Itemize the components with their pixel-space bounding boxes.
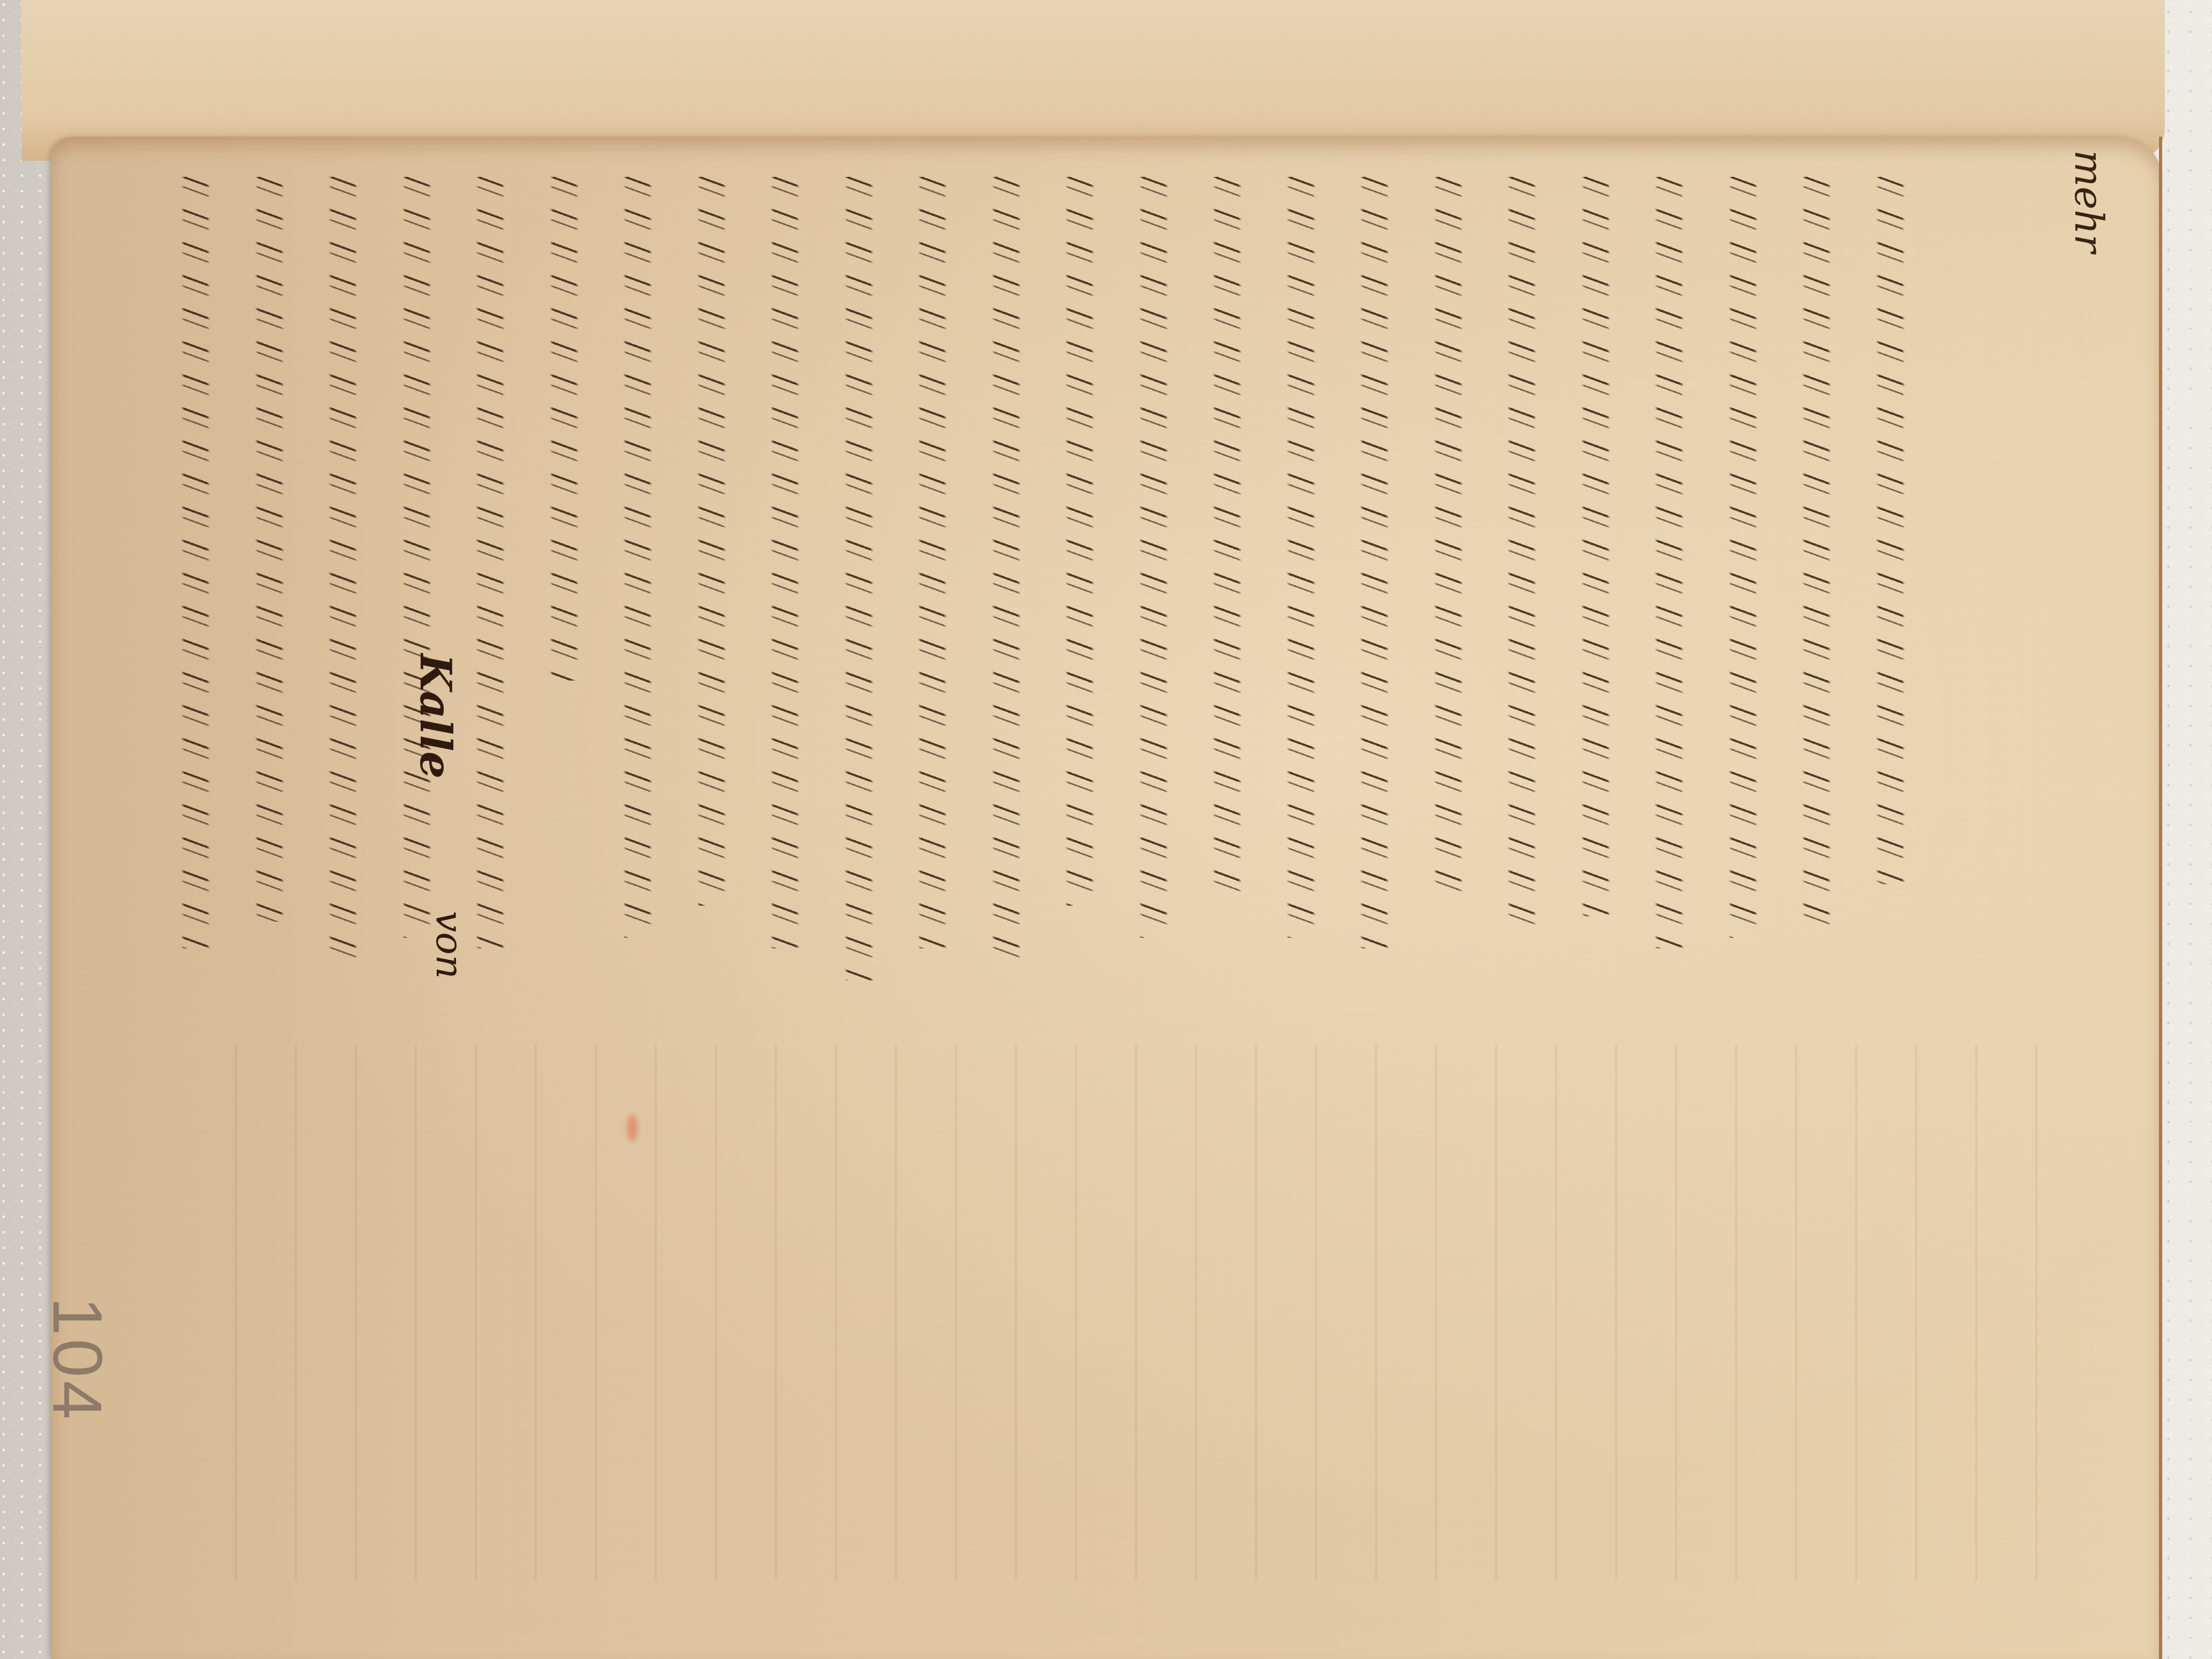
line-text: [illegible Kurrent handwriting] [1208, 177, 1240, 612]
line-text: [illegible Kurrent handwriting] [251, 177, 283, 612]
handwritten-line: [illegible Kurrent handwriting] [1061, 145, 1098, 906]
handwritten-line: [illegible Kurrent handwriting] [1430, 145, 1467, 895]
handwritten-line: [illegible Kurrent handwriting] [177, 145, 214, 948]
line-text: [illegible Kurrent handwriting] [1430, 177, 1462, 612]
handwritten-line: [illegible Kurrent handwriting] [1650, 145, 1688, 948]
line-text: [illegible Kurrent handwriting] [324, 177, 356, 612]
handwritten-text-block: [illegible Kurrent handwriting][illegibl… [177, 145, 2063, 1023]
handwritten-line: [illegible Kurrent handwriting] [1208, 145, 1246, 895]
handwritten-line: [illegible Kurrent handwriting] [1798, 145, 1835, 927]
line-text: [illegible Kurrent handwriting] [988, 177, 1020, 612]
word-von: von [428, 911, 472, 979]
line-text: [illegible Kurrent handwriting] [1872, 177, 1904, 612]
line-text: [illegible Kurrent handwriting] [619, 177, 651, 612]
show-through-lines [177, 1045, 2052, 1581]
handwritten-line: [illegible Kurrent handwriting] [324, 145, 362, 959]
line-text: [illegible Kurrent handwriting] [693, 177, 725, 612]
handwritten-line: [illegible Kurrent handwriting] [1503, 145, 1541, 927]
handwritten-line: [illegible Kurrent handwriting] [1282, 145, 1320, 938]
line-text: [illegible Kurrent handwriting] [1798, 177, 1830, 612]
handwritten-line: [illegible Kurrent handwriting] [914, 145, 951, 948]
handwritten-line: [illegible Kurrent handwriting] [1135, 145, 1172, 938]
name-kalle: Kalle [410, 654, 461, 779]
page-number: 104 [38, 1297, 118, 1423]
catchword: mehr [2066, 150, 2111, 253]
handwritten-line: [illegible Kurrent handwriting] [1577, 145, 1615, 916]
handwritten-line: [illegible Kurrent handwriting] [1724, 145, 1762, 938]
line-text: [illegible Kurrent handwriting] [472, 177, 504, 612]
handwritten-line: von Kalle [illegible Kurrent handwriting… [545, 145, 583, 681]
line-text: [illegible Kurrent handwriting] [766, 177, 798, 612]
handwritten-line: [illegible Kurrent handwriting] [619, 145, 656, 938]
line-text: [illegible Kurrent handwriting] [1135, 177, 1167, 612]
line-text: [illegible Kurrent handwriting] [914, 177, 946, 612]
line-text: [illegible Kurrent handwriting] [1650, 177, 1683, 612]
line-text: [illegible Kurrent handwriting] [1577, 177, 1609, 612]
line-text: [illegible Kurrent handwriting] [1282, 177, 1314, 612]
line-text: [illegible Kurrent handwriting] [1061, 177, 1093, 612]
handwritten-line: [illegible Kurrent handwriting] [251, 145, 288, 922]
line-text: [illegible Kurrent handwriting] [840, 177, 872, 612]
handwritten-line: [illegible Kurrent handwriting] [988, 145, 1025, 959]
line-text: [illegible Kurrent handwriting] [1724, 177, 1757, 612]
handwritten-line: [illegible Kurrent handwriting] [398, 145, 436, 938]
red-stain [627, 1115, 638, 1141]
line-text: [illegible Kurrent handwriting] [398, 177, 430, 612]
line-text: von Kalle [illegible Kurrent handwriting… [545, 177, 578, 752]
handwritten-line: [illegible Kurrent handwriting] [766, 145, 804, 948]
handwritten-line: [illegible Kurrent handwriting] [1872, 145, 1909, 884]
line-text: [illegible Kurrent handwriting] [177, 177, 209, 612]
handwritten-line: [illegible Kurrent handwriting] [472, 145, 509, 948]
handwritten-line: [illegible Kurrent handwriting] [693, 145, 730, 906]
line-text: [illegible Kurrent handwriting] [1503, 177, 1535, 612]
handwritten-line: [illegible Kurrent handwriting] [1356, 145, 1393, 948]
handwritten-line: [illegible Kurrent handwriting] [840, 145, 878, 981]
photo-scene: [illegible Kurrent handwriting][illegibl… [0, 0, 2212, 1659]
line-text: [illegible Kurrent handwriting] [1356, 177, 1388, 612]
